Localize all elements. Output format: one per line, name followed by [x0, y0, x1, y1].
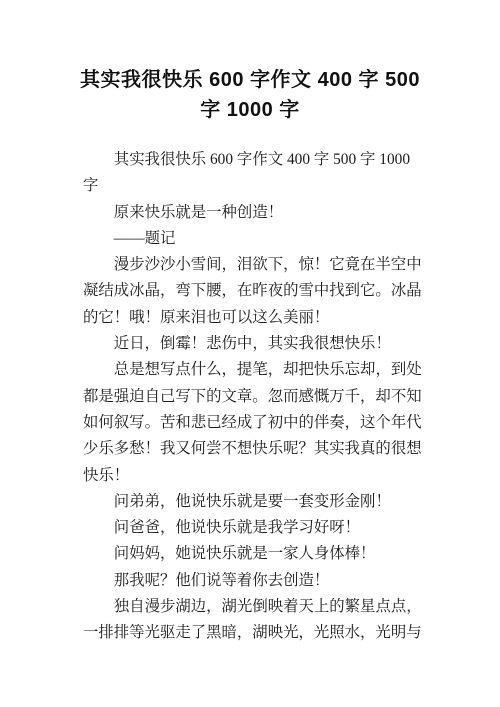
text-line: 一排排等光驱走了黑暗，湖映光，光照水，光明与 [83, 620, 425, 646]
paragraph: 近日，倒霉！悲伤中，其实我很想快乐！ [83, 331, 425, 357]
document-body: 其实我很快乐 600 字作文 400 字 500 字 1000字原来快乐就是一种… [83, 147, 425, 647]
text-line: ——题记 [83, 226, 425, 252]
paragraph: 那我呢？他们说等着你去创造！ [83, 568, 425, 594]
document-title: 其实我很快乐 600 字作文 400 字 500字 1000 字 [0, 65, 500, 125]
text-line: 其实我很快乐 600 字作文 400 字 500 字 1000 [83, 147, 425, 173]
text-line: 近日，倒霉！悲伤中，其实我很想快乐！ [83, 331, 425, 357]
paragraph: 独自漫步湖边，湖光倒映着天上的繁星点点，一排排等光驱走了黑暗，湖映光，光照水，光… [83, 594, 425, 647]
text-line: 原来快乐就是一种创造！ [83, 200, 425, 226]
title-line: 其实我很快乐 600 字作文 400 字 500 [0, 65, 500, 95]
paragraph: ——题记 [83, 226, 425, 252]
text-line: 总是想写点什么，提笔，却把快乐忘却，到处 [83, 357, 425, 383]
text-line: 字 [83, 173, 425, 199]
text-line: 问妈妈，她说快乐就是一家人身体棒！ [83, 541, 425, 567]
document-page: 其实我很快乐 600 字作文 400 字 500字 1000 字 其实我很快乐 … [0, 0, 500, 707]
text-line: 那我呢？他们说等着你去创造！ [83, 568, 425, 594]
paragraph: 问妈妈，她说快乐就是一家人身体棒！ [83, 541, 425, 567]
paragraph: 原来快乐就是一种创造！ [83, 200, 425, 226]
text-line: 的它！哦！原来泪也可以这么美丽！ [83, 305, 425, 331]
text-line: 问爸爸，他说快乐就是我学习好呀！ [83, 515, 425, 541]
text-line: 问弟弟，他说快乐就是要一套变形金刚！ [83, 489, 425, 515]
text-line: 漫步沙沙小雪间，泪欲下，惊！它竟在半空中 [83, 252, 425, 278]
paragraph: 问爸爸，他说快乐就是我学习好呀！ [83, 515, 425, 541]
text-line: 凝结成冰晶，弯下腰，在昨夜的雪中找到它。冰晶 [83, 278, 425, 304]
paragraph: 总是想写点什么，提笔，却把快乐忘却，到处都是强迫自己写下的文章。忽而感慨万千，却… [83, 357, 425, 488]
text-line: 独自漫步湖边，湖光倒映着天上的繁星点点， [83, 594, 425, 620]
paragraph: 问弟弟，他说快乐就是要一套变形金刚！ [83, 489, 425, 515]
text-line: 如何叙写。苦和悲已经成了初中的伴奏，这个年代 [83, 410, 425, 436]
title-line: 字 1000 字 [0, 95, 500, 125]
text-line: 都是强迫自己写下的文章。忽而感慨万千，却不知 [83, 384, 425, 410]
text-line: 少乐多愁！我又何尝不想快乐呢？其实我真的很想 [83, 436, 425, 462]
paragraph: 漫步沙沙小雪间，泪欲下，惊！它竟在半空中凝结成冰晶，弯下腰，在昨夜的雪中找到它。… [83, 252, 425, 331]
paragraph: 其实我很快乐 600 字作文 400 字 500 字 1000字 [83, 147, 425, 200]
text-line: 快乐！ [83, 463, 425, 489]
